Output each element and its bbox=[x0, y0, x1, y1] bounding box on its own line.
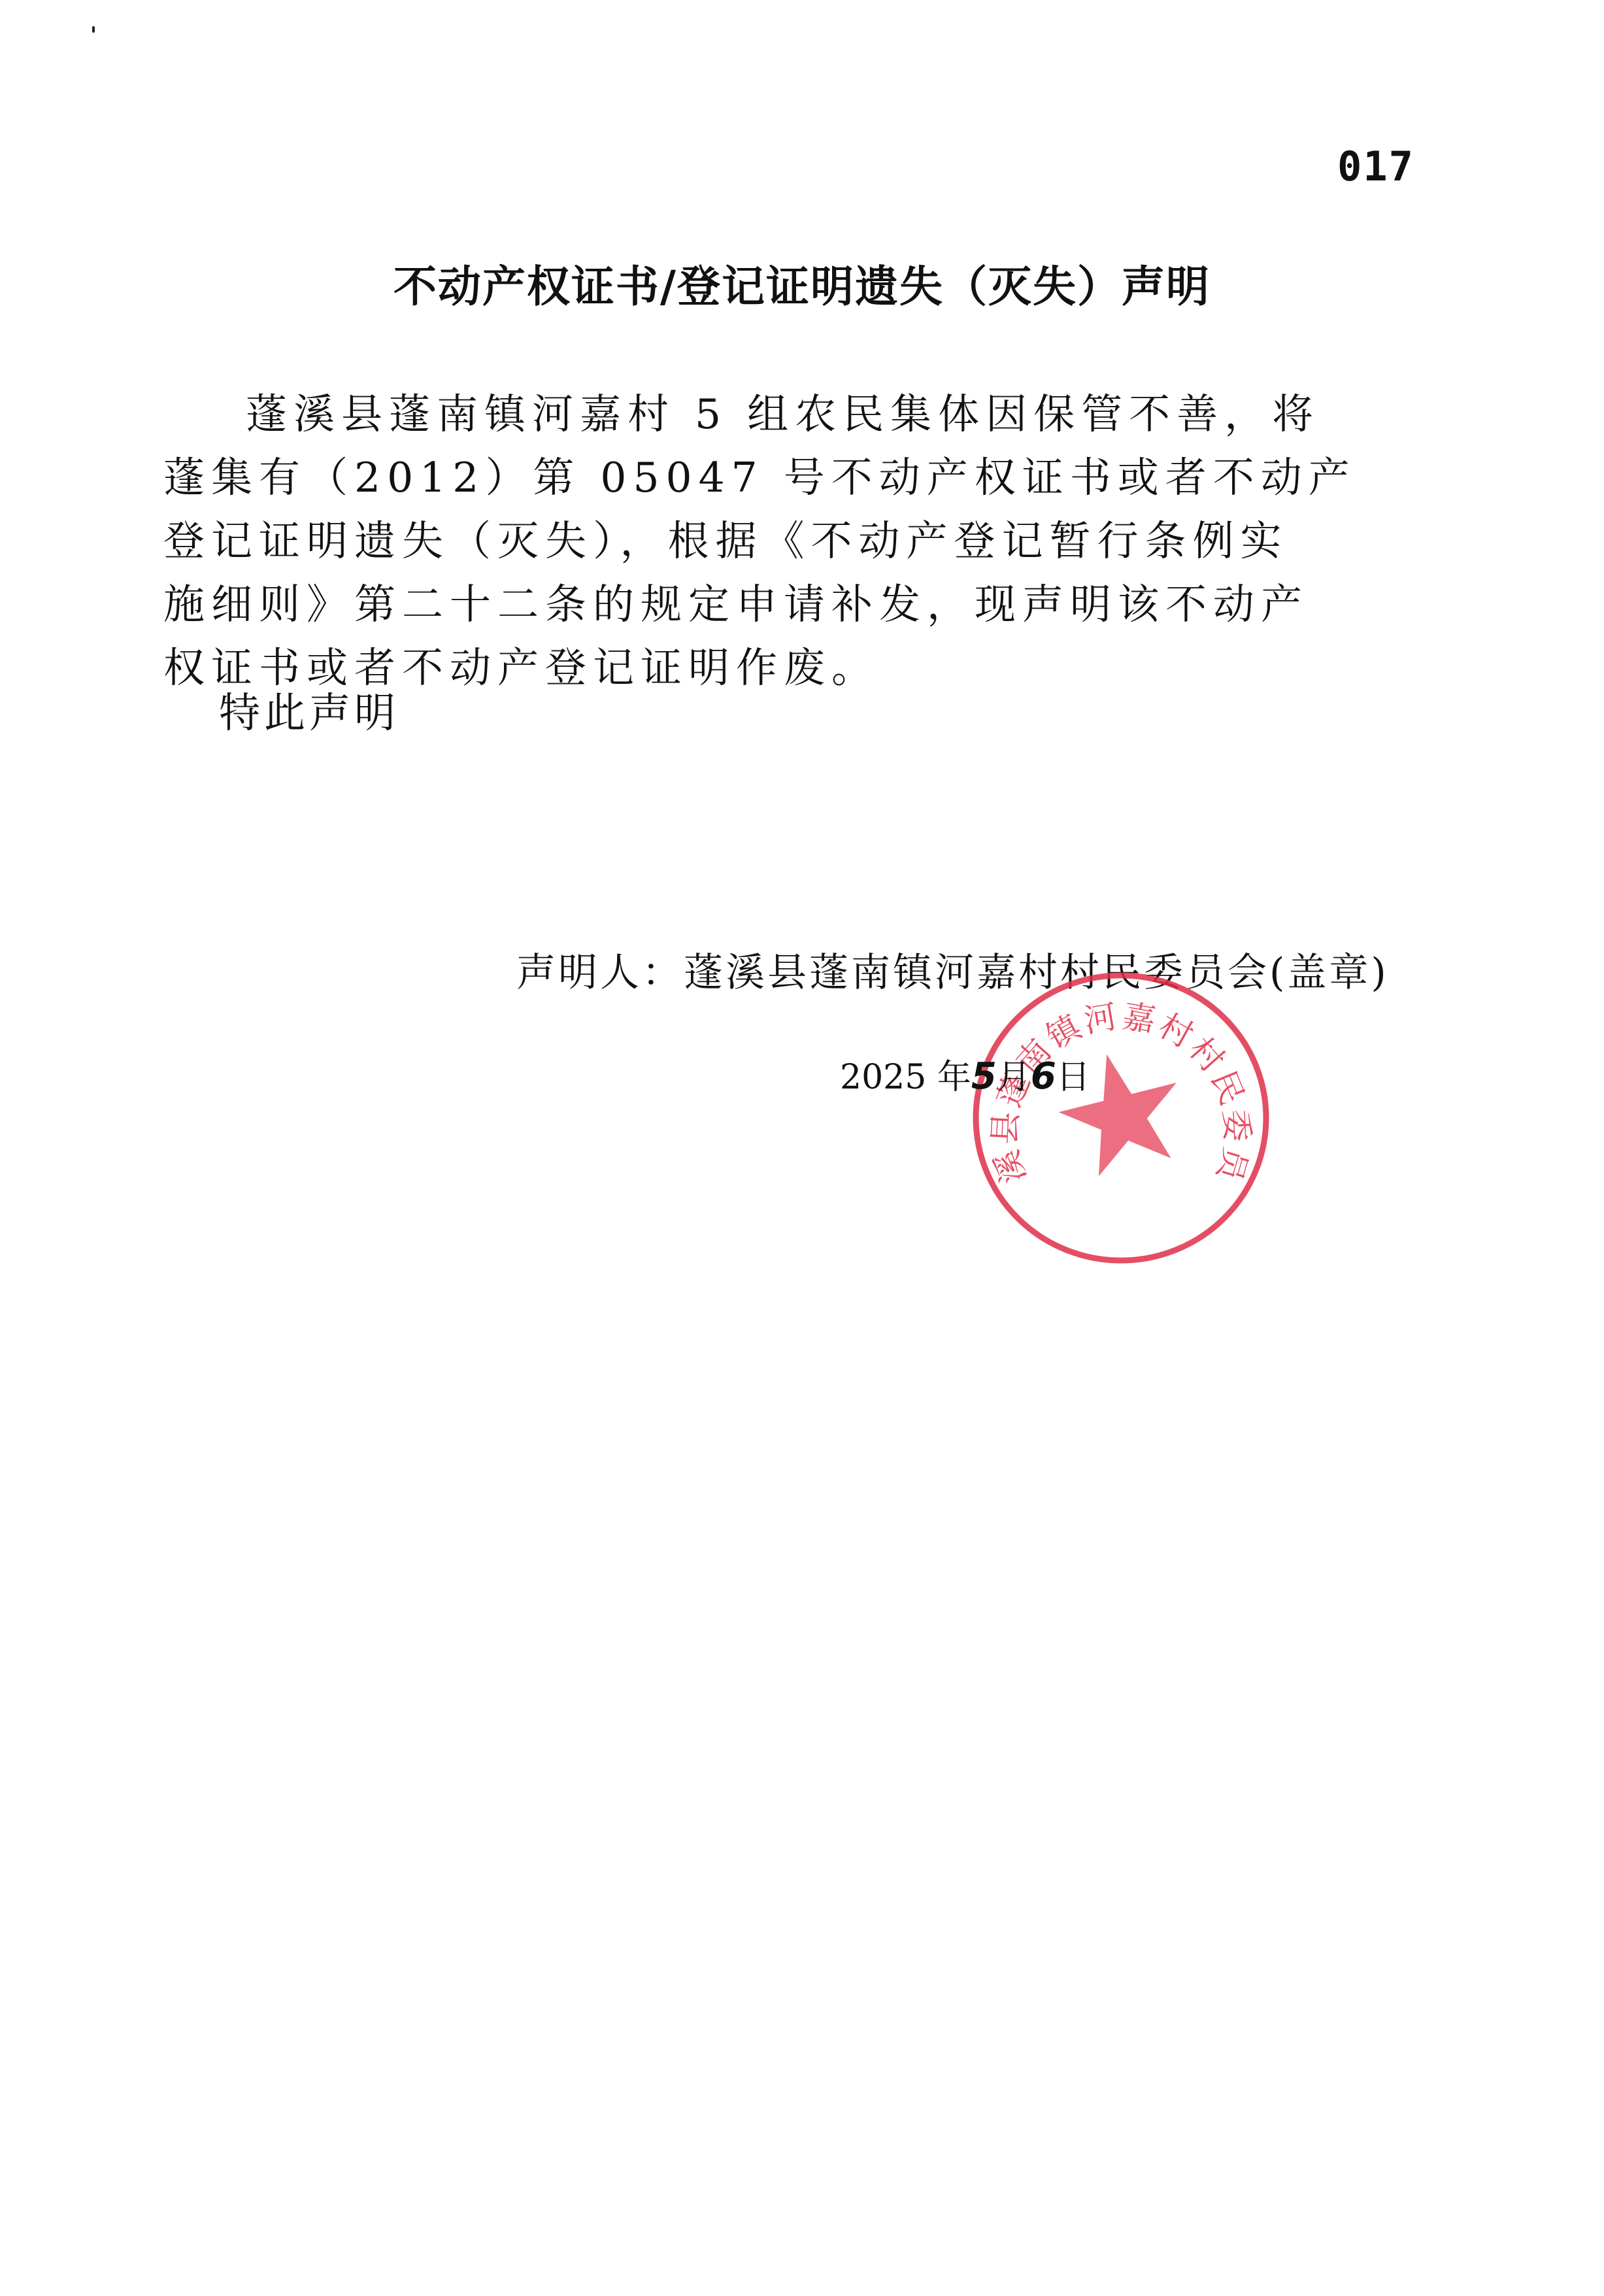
official-seal: 蓬溪县蓬南镇河嘉村村民委员会 bbox=[967, 968, 1275, 1268]
body-line: 施细则》第二十二条的规定申请补发，现声明该不动产 bbox=[163, 573, 1418, 636]
date-year-suffix: 年 bbox=[926, 1058, 971, 1097]
date-day-handwritten: 6 bbox=[1031, 1055, 1056, 1098]
seal-icon: 蓬溪县蓬南镇河嘉村村民委员会 bbox=[967, 968, 1275, 1268]
date-month-handwritten: 5 bbox=[971, 1055, 997, 1098]
closing-statement: 特此声明 bbox=[219, 680, 399, 739]
declaration-date: 2025 年5月6日 bbox=[840, 1049, 1090, 1098]
body-line: 登记证明遗失（灭失），根据《不动产登记暂行条例实 bbox=[163, 509, 1418, 573]
document-number: 017 bbox=[1337, 143, 1414, 190]
date-day-suffix: 日 bbox=[1056, 1058, 1090, 1097]
body-line: 蓬集有（2012）第 05047 号不动产权证书或者不动产 bbox=[163, 446, 1418, 509]
scan-speck bbox=[92, 26, 95, 33]
date-month-suffix: 月 bbox=[997, 1058, 1031, 1097]
document-title: 不动产权证书/登记证明遗失（灭失）声明 bbox=[0, 252, 1604, 314]
body-line: 蓬溪县蓬南镇河嘉村 5 组农民集体因保管不善，将 bbox=[163, 382, 1418, 446]
declaration-body: 蓬溪县蓬南镇河嘉村 5 组农民集体因保管不善，将 蓬集有（2012）第 0504… bbox=[163, 382, 1418, 700]
date-year: 2025 bbox=[840, 1058, 926, 1097]
